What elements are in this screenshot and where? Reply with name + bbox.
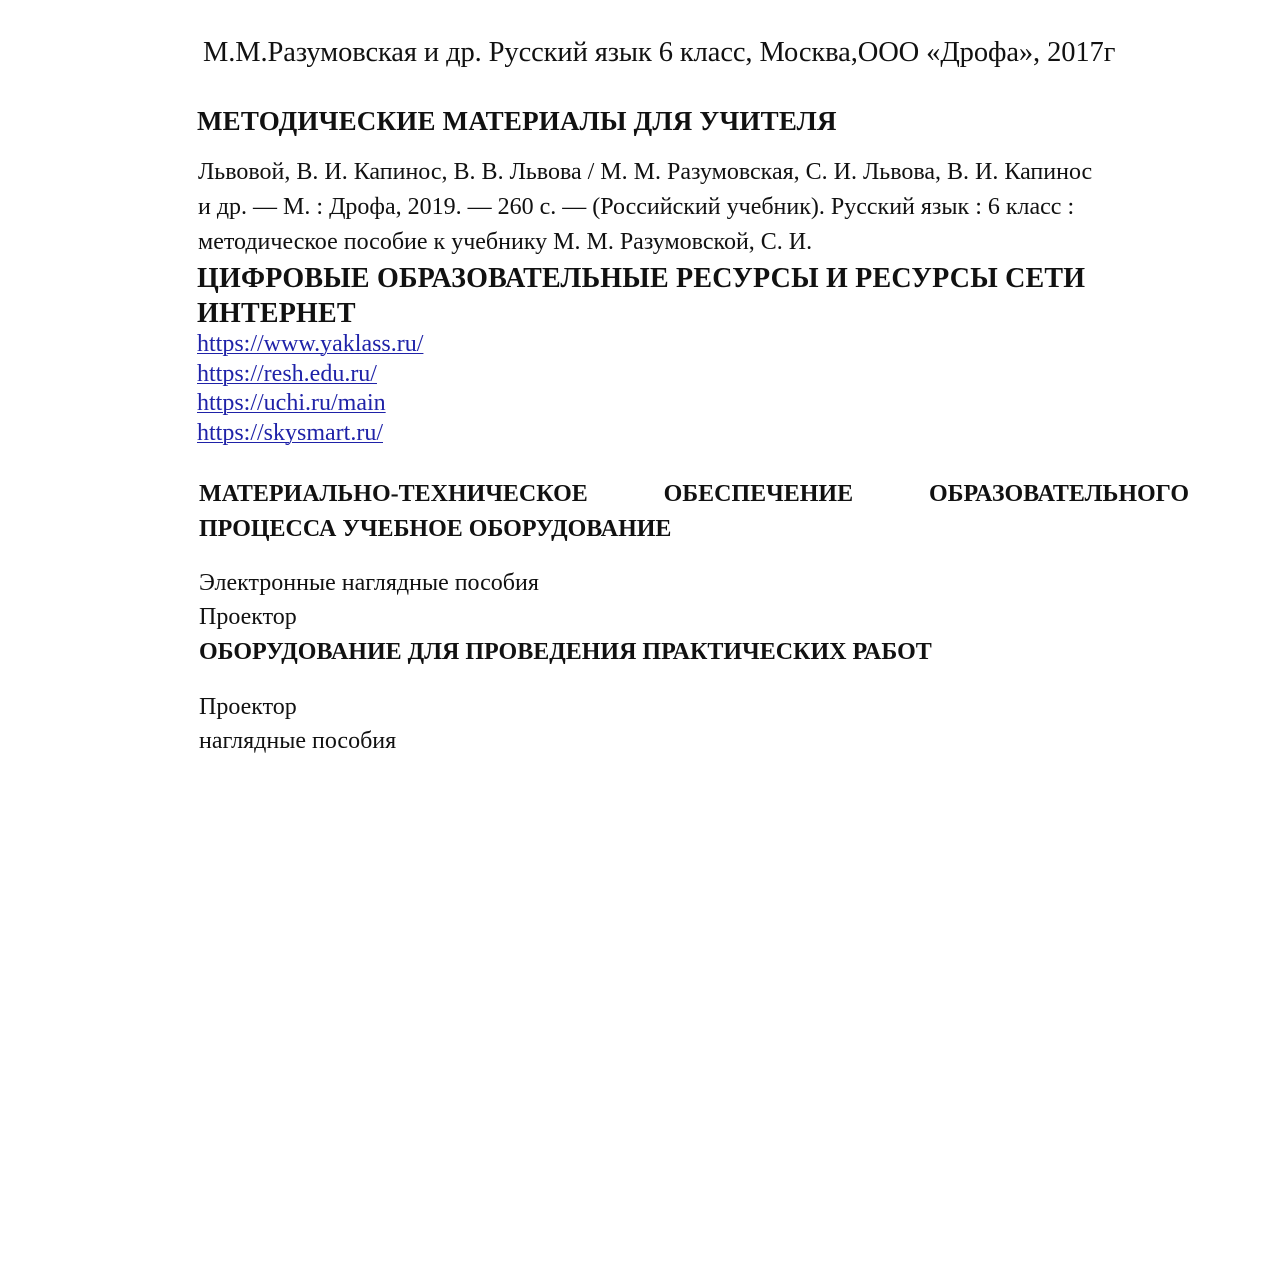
link-resh[interactable]: https://resh.edu.ru/ xyxy=(197,360,423,390)
teacher-materials-line: методическое пособие к учебнику М. М. Ра… xyxy=(198,225,1173,260)
teacher-materials-line: Львовой, В. И. Капинос, В. В. Львова / М… xyxy=(198,155,1173,190)
document-page: М.М.Разумовская и др. Русский язык 6 кла… xyxy=(0,0,1280,1280)
equipment-heading-word: ОБЕСПЕЧЕНИЕ xyxy=(664,477,854,512)
equipment-heading: МАТЕРИАЛЬНО-ТЕХНИЧЕСКОЕ ОБЕСПЕЧЕНИЕ ОБРА… xyxy=(199,477,1189,547)
link-skysmart[interactable]: https://skysmart.ru/ xyxy=(197,419,423,449)
textbook-citation: М.М.Разумовская и др. Русский язык 6 кла… xyxy=(203,35,1115,71)
equipment-item: Проектор xyxy=(199,600,297,634)
link-uchi[interactable]: https://uchi.ru/main xyxy=(197,389,423,419)
practical-item: наглядные пособия xyxy=(199,724,396,758)
practical-item: Проектор xyxy=(199,690,297,724)
link-yaklass[interactable]: https://www.yaklass.ru/ xyxy=(197,330,423,360)
practical-equipment-heading: ОБОРУДОВАНИЕ ДЛЯ ПРОВЕДЕНИЯ ПРАКТИЧЕСКИХ… xyxy=(199,635,932,670)
teacher-materials-line: и др. — М. : Дрофа, 2019. — 260 с. — (Ро… xyxy=(198,190,1173,225)
teacher-materials-text: Львовой, В. И. Капинос, В. В. Львова / М… xyxy=(198,155,1173,260)
equipment-heading-word: ОБРАЗОВАТЕЛЬНОГО xyxy=(929,477,1189,512)
digital-resources-heading: ЦИФРОВЫЕ ОБРАЗОВАТЕЛЬНЫЕ РЕСУРСЫ И РЕСУР… xyxy=(197,261,1085,296)
equipment-item: Электронные наглядные пособия xyxy=(199,566,539,600)
equipment-heading-line2: ПРОЦЕССА УЧЕБНОЕ ОБОРУДОВАНИЕ xyxy=(199,512,1189,547)
equipment-heading-word: МАТЕРИАЛЬНО-ТЕХНИЧЕСКОЕ xyxy=(199,477,588,512)
equipment-heading-line1: МАТЕРИАЛЬНО-ТЕХНИЧЕСКОЕ ОБЕСПЕЧЕНИЕ ОБРА… xyxy=(199,477,1189,512)
teacher-materials-heading: МЕТОДИЧЕСКИЕ МАТЕРИАЛЫ ДЛЯ УЧИТЕЛЯ xyxy=(197,104,837,139)
digital-resources-heading-cont: ИНТЕРНЕТ xyxy=(197,296,356,331)
resource-links: https://www.yaklass.ru/ https://resh.edu… xyxy=(197,330,423,448)
